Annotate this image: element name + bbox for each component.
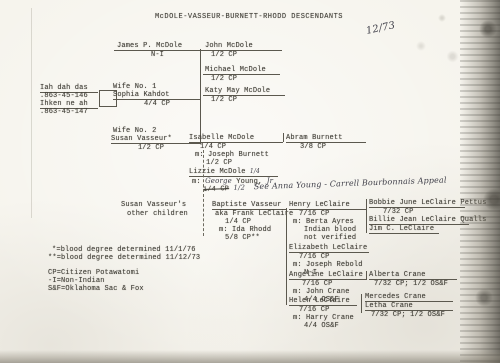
connector-leclaire-vertical xyxy=(286,208,287,305)
person-helen-spouse-degree: 4/4 OS&F xyxy=(304,322,339,330)
person-bobbie-name: Bobbie June LeClaire Pettus xyxy=(369,199,465,208)
native-number-2: .863-45-147 xyxy=(40,108,88,116)
person-sophia-name: Sophia Kahdot xyxy=(113,91,201,100)
person-letha-name: Letha Crane xyxy=(365,302,453,311)
handwritten-date: 12/73 xyxy=(365,22,396,36)
person-lizzie-typed-name: Lizzie McDole xyxy=(189,168,246,176)
footnote-1: *=blood degree determined 11/1/76 xyxy=(52,246,196,254)
person-baptiste-aka: aka Frank LeClaire xyxy=(215,210,293,218)
scanned-genealogy-document: McDOLE-VASSEUR-BURNETT-RHODD DESCENDANTS… xyxy=(0,0,500,363)
person-susan-degree: 1/2 CP xyxy=(111,144,191,152)
person-baptiste-spouse: m: Ida Rhodd xyxy=(219,226,271,234)
person-abram-name: Abram Burnett xyxy=(286,134,366,143)
person-mercedes-name: Mercedes Crane xyxy=(365,293,453,302)
person-sophia-degree: 4/4 CP xyxy=(113,100,201,108)
person-helen-spouse: m: Harry Crane xyxy=(293,314,354,322)
scan-edge-shadow-right xyxy=(460,0,500,363)
person-henry-note-2: not verified xyxy=(304,234,356,242)
person-katy-name: Katy May McDole xyxy=(203,87,285,96)
person-letha-degree: 7/32 CP; 1/2 OS&F xyxy=(371,311,445,319)
person-baptiste-degree: 1/4 CP xyxy=(225,218,251,226)
person-abram-degree: 3/8 CP xyxy=(300,143,326,151)
footnote-2: **=blood degree determined 11/12/73 xyxy=(48,254,200,262)
legend-non-indian: -I=Non-Indian xyxy=(48,277,105,285)
person-henry-note-1: Indian blood xyxy=(304,226,356,234)
person-angeline-name: Angeline LeClaire xyxy=(289,271,366,280)
person-baptiste-name: Baptiste Vasseur xyxy=(212,201,286,210)
scan-edge-shadow-bottom xyxy=(0,350,500,363)
native-number-1: .863-45-146 xyxy=(40,92,88,100)
scan-smudge xyxy=(400,4,470,74)
struck-degree: 1/4 CP xyxy=(203,185,229,194)
person-michael-degree: 1/2 CP xyxy=(211,75,237,83)
person-helen-name: Helen LeClaire xyxy=(289,297,357,306)
person-angeline-degree: 7/16 CP xyxy=(302,280,332,288)
document-title: McDOLE-VASSEUR-BURNETT-RHODD DESCENDANTS xyxy=(118,13,380,21)
other-children-label-2: other children xyxy=(127,210,188,218)
person-helen-degree: 7/16 CP xyxy=(299,306,329,314)
connector-henry-children-vertical xyxy=(366,199,367,233)
person-jim-name: Jim C. LeClaire xyxy=(369,225,439,234)
person-susan-name: Susan Vasseur* xyxy=(111,135,201,144)
person-elizabeth-degree: 7/16 CP xyxy=(299,253,329,261)
connector-abram-vertical xyxy=(283,133,284,142)
person-isabelle-name: Isabelle McDole xyxy=(189,134,283,143)
connector-dashed-vertical xyxy=(203,150,204,236)
other-children-label-1: Susan Vasseur's xyxy=(121,201,186,209)
connector-alberta-vertical xyxy=(366,271,367,280)
person-billie-name: Billie Jean LeClaire Qualls xyxy=(369,216,469,225)
person-alberta-name: Alberta Crane xyxy=(369,271,457,280)
legend-cp: CP=Citizen Potawatomi xyxy=(48,269,139,277)
person-lizzie-handwritten-fraction: 1/4 xyxy=(250,168,260,175)
paper-fold-line xyxy=(31,8,32,218)
person-john-name: John McDole xyxy=(203,42,282,51)
person-henry-degree: 7/16 CP xyxy=(299,210,329,218)
person-katy-degree: 1/2 CP xyxy=(211,96,237,104)
person-bobbie-degree: 7/32 CP xyxy=(383,208,413,216)
spouse-prefix: m: xyxy=(192,178,201,186)
person-elizabeth-name: Elizabeth LeClaire xyxy=(289,244,369,253)
wife1-label: Wife No. 1 xyxy=(113,83,157,91)
person-john-degree: 1/2 CP xyxy=(211,51,237,59)
person-henry-spouse: m: Berta Ayres xyxy=(293,218,354,226)
handwritten-appeal-note: See Anna Young - Carrell Bourbonnais App… xyxy=(254,175,447,191)
person-angeline-spouse: m: John Crane xyxy=(293,288,350,296)
handwritten-degree-correction: 1/2 xyxy=(233,184,245,192)
person-alberta-degree: 7/32 CP; 1/2 OS&F xyxy=(374,280,448,288)
person-henry-name: Henry LeClaire xyxy=(289,201,366,210)
person-baptiste-spouse-degree: 5/8 CP** xyxy=(225,234,260,242)
person-isabelle-spouse-degree: 1/2 CP xyxy=(206,159,232,167)
person-james-degree: N-I xyxy=(114,51,201,59)
connector-helen-children-vertical xyxy=(361,294,362,313)
person-isabelle-spouse: m: Joseph Burnett xyxy=(195,151,269,159)
person-elizabeth-spouse: m: Joseph Rebold xyxy=(293,261,363,269)
person-michael-name: Michael McDole xyxy=(203,66,280,75)
legend-sac-fox: S&F=Oklahoma Sac & Fox xyxy=(48,285,144,293)
person-james-name: James P. McDole xyxy=(114,42,204,51)
wife2-label: Wife No. 2 xyxy=(113,127,157,135)
